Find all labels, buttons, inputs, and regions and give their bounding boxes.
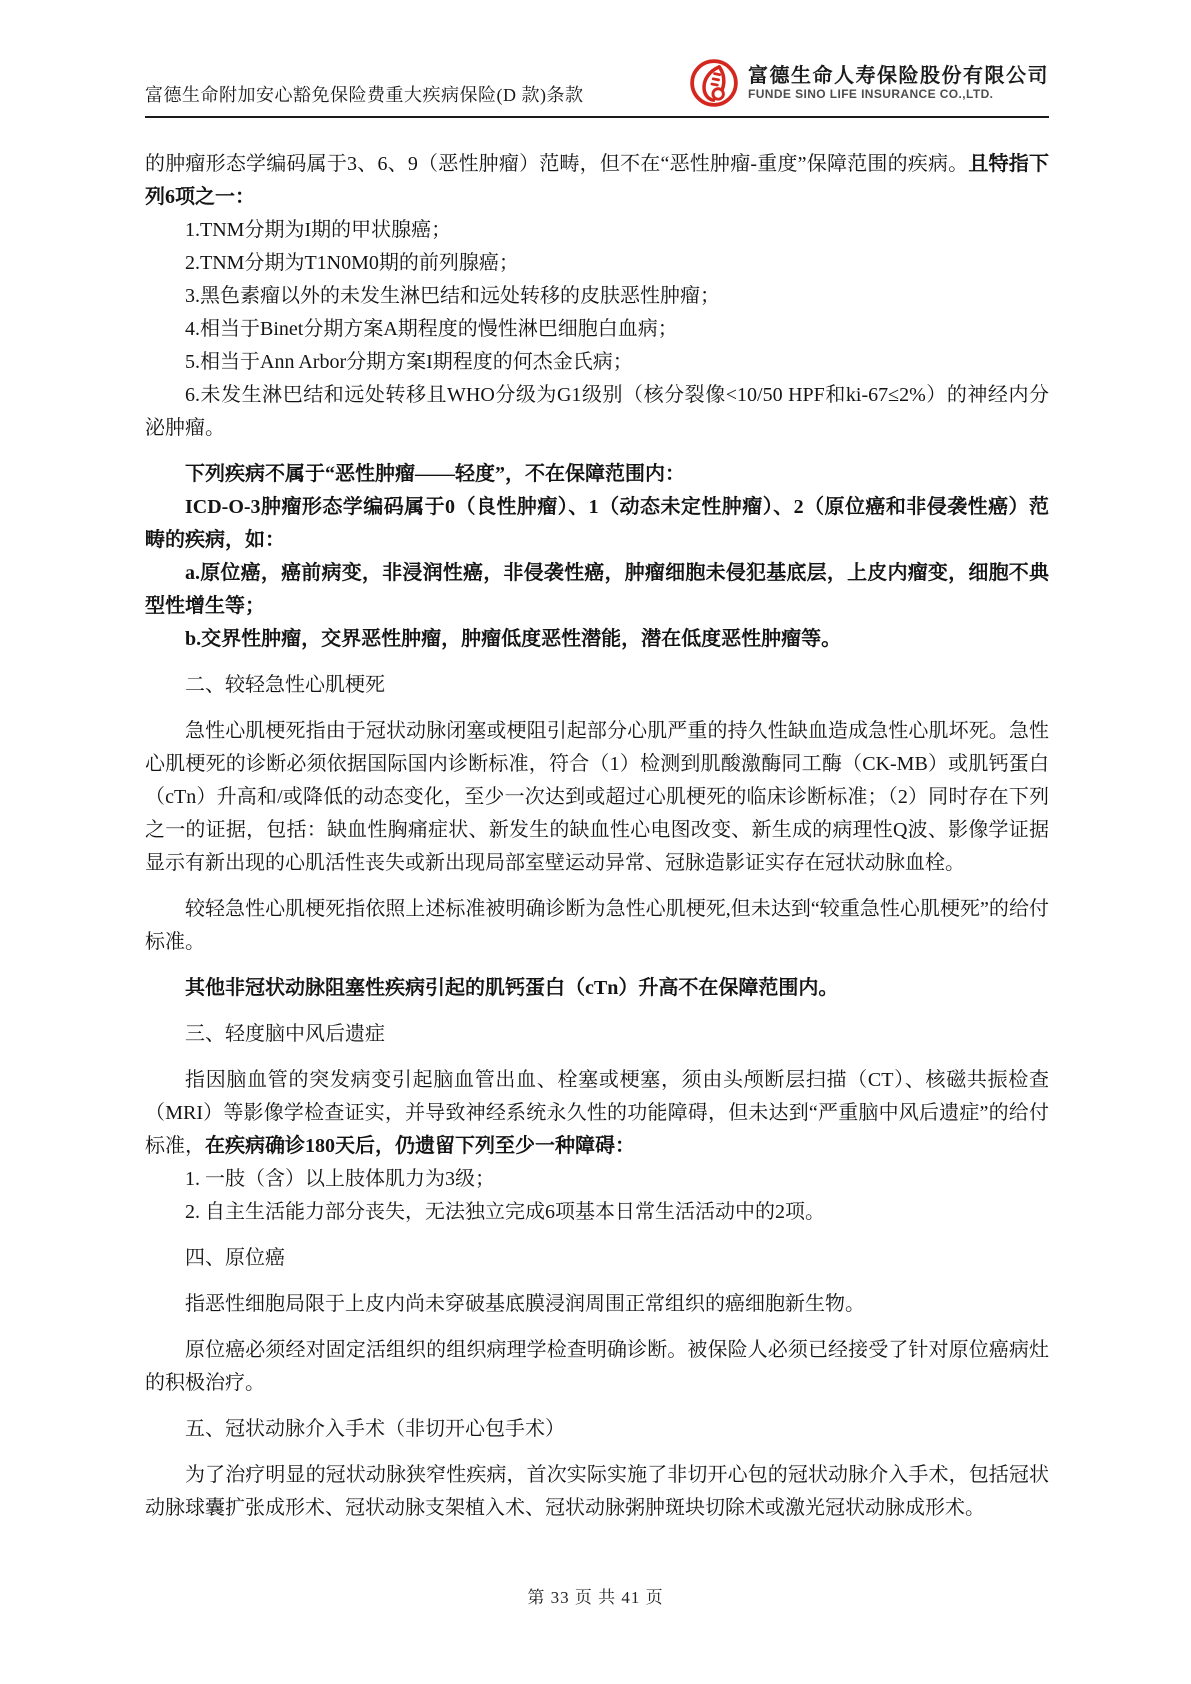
page-footer: 第 33 页 共 41 页	[0, 1583, 1191, 1608]
bold-text-run: 下列疾病不属于“恶性肿瘤——轻度”，不在保障范围内：	[185, 463, 685, 485]
bold-text-run: 在疾病确诊180天后，仍遗留下列至少一种障碍：	[205, 1135, 635, 1157]
text-run: 4.相当于Binet分期方案A期程度的慢性淋巴细胞白血病；	[185, 318, 678, 340]
list-item-1: 1.TNM分期为I期的甲状腺癌；	[145, 214, 1049, 247]
text-run: 三、轻度脑中风后遗症	[185, 1023, 385, 1045]
stroke-definition-paragraph: 指因脑血管的突发病变引起脑血管出血、栓塞或梗塞，须由头颅断层扫描（CT）、核磁共…	[145, 1064, 1049, 1163]
text-run: 6.未发生淋巴结和远处转移且WHO分级为G1级别（核分裂像<10/50 HPF和…	[145, 384, 1049, 439]
text-run: 1.TNM分期为I期的甲状腺癌；	[185, 219, 451, 241]
section-heading-4: 四、原位癌	[145, 1242, 1049, 1275]
ami-milder-paragraph: 较轻急性心肌梗死指依照上述标准被明确诊断为急性心肌梗死,但未达到“较重急性心肌梗…	[145, 893, 1049, 959]
text-run: 指恶性细胞局限于上皮内尚未穿破基底膜浸润周围正常组织的癌细胞新生物。	[185, 1293, 865, 1315]
company-name-block: 富德生命人寿保险股份有限公司 FUNDE SINO LIFE INSURANCE…	[748, 65, 1049, 102]
text-run: 原位癌必须经对固定活组织的组织病理学检查明确诊断。被保险人必须已经接受了针对原位…	[145, 1339, 1049, 1394]
text-run: 3.黑色素瘤以外的未发生淋巴结和远处转移的皮肤恶性肿瘤；	[185, 285, 720, 307]
page-number: 第 33 页 共 41 页	[527, 1588, 663, 1607]
text-run: 的肿瘤形态学编码属于3、6、9（恶性肿瘤）范畴，但不在“恶性肿瘤-重度”保障范围…	[145, 153, 968, 175]
text-run: 2. 自主生活能力部分丧失，无法独立完成6项基本日常生活活动中的2项。	[185, 1201, 825, 1223]
continuation-paragraph: 的肿瘤形态学编码属于3、6、9（恶性肿瘤）范畴，但不在“恶性肿瘤-重度”保障范围…	[145, 148, 1049, 214]
stroke-item-2: 2. 自主生活能力部分丧失，无法独立完成6项基本日常生活活动中的2项。	[145, 1196, 1049, 1229]
text-run: 1. 一肢（含）以上肢体肌力为3级；	[185, 1168, 495, 1190]
text-run: 2.TNM分期为T1N0M0期的前列腺癌；	[185, 252, 519, 274]
pci-definition-paragraph: 为了治疗明显的冠状动脉狭窄性疾病，首次实际实施了非切开心包的冠状动脉介入手术，包…	[145, 1459, 1049, 1525]
icd-paragraph: ICD-O-3肿瘤形态学编码属于0（良性肿瘤）、1（动态未定性肿瘤）、2（原位癌…	[145, 491, 1049, 557]
cis-definition-paragraph: 指恶性细胞局限于上皮内尚未穿破基底膜浸润周围正常组织的癌细胞新生物。	[145, 1288, 1049, 1321]
text-run: 四、原位癌	[185, 1247, 285, 1269]
text-run: 5.相当于Ann Arbor分期方案I期程度的何杰金氏病；	[185, 351, 633, 373]
text-run: 急性心肌梗死指由于冠状动脉闭塞或梗阻引起部分心肌严重的持久性缺血造成急性心肌坏死…	[145, 720, 1049, 874]
section-heading-2: 二、较轻急性心肌梗死	[145, 669, 1049, 702]
section-heading-5: 五、冠状动脉介入手术（非切开心包手术）	[145, 1413, 1049, 1446]
bold-text-run: a.原位癌，癌前病变，非浸润性癌，非侵袭性癌，肿瘤细胞未侵犯基底层，上皮内瘤变，…	[145, 562, 1049, 617]
ctn-exclusion-paragraph: 其他非冠状动脉阻塞性疾病引起的肌钙蛋白（cTn）升高不在保障范围内。	[145, 972, 1049, 1005]
bold-text-run: b.交界性肿瘤，交界恶性肿瘤，肿瘤低度恶性潜能，潜在低度恶性肿瘤等。	[185, 628, 841, 650]
text-run: 二、较轻急性心肌梗死	[185, 674, 385, 696]
list-item-5: 5.相当于Ann Arbor分期方案I期程度的何杰金氏病；	[145, 346, 1049, 379]
page-header: 富德生命附加安心豁免保险费重大疾病保险(D 款)条款 富德生命人寿保险股份有限公…	[145, 0, 1049, 118]
bold-text-run: ICD-O-3肿瘤形态学编码属于0（良性肿瘤）、1（动态未定性肿瘤）、2（原位癌…	[145, 496, 1049, 551]
list-item-6: 6.未发生淋巴结和远处转移且WHO分级为G1级别（核分裂像<10/50 HPF和…	[145, 379, 1049, 445]
text-run: 为了治疗明显的冠状动脉狭窄性疾病，首次实际实施了非切开心包的冠状动脉介入手术，包…	[145, 1464, 1049, 1519]
section-heading-3: 三、轻度脑中风后遗症	[145, 1018, 1049, 1051]
company-brand: 富德生命人寿保险股份有限公司 FUNDE SINO LIFE INSURANCE…	[689, 58, 1049, 116]
document-page: 富德生命附加安心豁免保险费重大疾病保险(D 款)条款 富德生命人寿保险股份有限公…	[0, 0, 1191, 1684]
ami-definition-paragraph: 急性心肌梗死指由于冠状动脉闭塞或梗阻引起部分心肌严重的持久性缺血造成急性心肌坏死…	[145, 715, 1049, 880]
list-item-4: 4.相当于Binet分期方案A期程度的慢性淋巴细胞白血病；	[145, 313, 1049, 346]
text-run: 五、冠状动脉介入手术（非切开心包手术）	[185, 1418, 565, 1440]
stroke-item-1: 1. 一肢（含）以上肢体肌力为3级；	[145, 1163, 1049, 1196]
exclusion-item-a: a.原位癌，癌前病变，非浸润性癌，非侵袭性癌，肿瘤细胞未侵犯基底层，上皮内瘤变，…	[145, 557, 1049, 623]
document-body: 的肿瘤形态学编码属于3、6、9（恶性肿瘤）范畴，但不在“恶性肿瘤-重度”保障范围…	[145, 148, 1049, 1525]
exclusion-heading: 下列疾病不属于“恶性肿瘤——轻度”，不在保障范围内：	[145, 458, 1049, 491]
company-name-english: FUNDE SINO LIFE INSURANCE CO.,LTD.	[748, 88, 1049, 102]
list-item-3: 3.黑色素瘤以外的未发生淋巴结和远处转移的皮肤恶性肿瘤；	[145, 280, 1049, 313]
company-name-chinese: 富德生命人寿保险股份有限公司	[748, 65, 1049, 88]
text-run: 较轻急性心肌梗死指依照上述标准被明确诊断为急性心肌梗死,但未达到“较重急性心肌梗…	[145, 898, 1049, 953]
funde-seal-icon	[689, 58, 739, 108]
list-item-2: 2.TNM分期为T1N0M0期的前列腺癌；	[145, 247, 1049, 280]
cis-diagnosis-paragraph: 原位癌必须经对固定活组织的组织病理学检查明确诊断。被保险人必须已经接受了针对原位…	[145, 1334, 1049, 1400]
bold-text-run: 其他非冠状动脉阻塞性疾病引起的肌钙蛋白（cTn）升高不在保障范围内。	[185, 977, 838, 999]
exclusion-item-b: b.交界性肿瘤，交界恶性肿瘤，肿瘤低度恶性潜能，潜在低度恶性肿瘤等。	[145, 623, 1049, 656]
document-title: 富德生命附加安心豁免保险费重大疾病保险(D 款)条款	[145, 81, 584, 116]
